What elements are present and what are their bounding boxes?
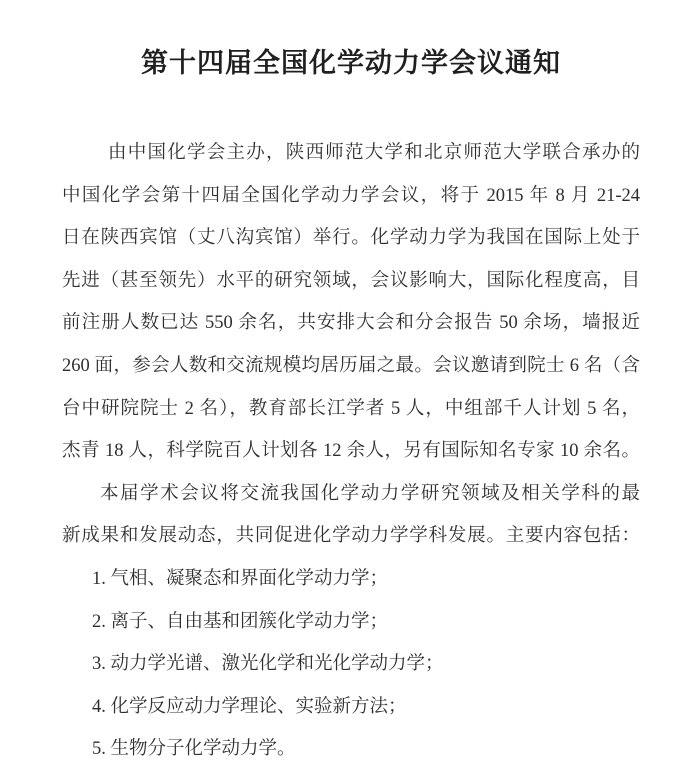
paragraph-line: 新成果和发展动态，共同促进化学动力学学科发展。主要内容包括： [62, 515, 640, 558]
list-item: 2. 离子、自由基和团簇化学动力学； [62, 601, 640, 644]
paragraph-line: 杰青 18 人，科学院百人计划各 12 余人，另有国际知名专家 10 余名。 [62, 430, 640, 473]
document-title: 第十四届全国化学动力学会议通知 [62, 42, 640, 84]
list-item: 4. 化学反应动力学理论、实验新方法； [62, 686, 640, 729]
paragraph-line: 台中研院院士 2 名），教育部长江学者 5 人，中组部千人计划 5 名， [62, 388, 640, 431]
paragraph-line: 前注册人数已达 550 余名，共安排大会和分会报告 50 余场，墙报近 [62, 302, 640, 345]
paragraph-line: 由中国化学会主办，陕西师范大学和北京师范大学联合承办的 [62, 132, 640, 175]
paragraph-line: 中国化学会第十四届全国化学动力学会议，将于 2015 年 8 月 21-24 [62, 175, 640, 218]
paragraph-body: 由中国化学会主办，陕西师范大学和北京师范大学联合承办的 中国化学会第十四届全国化… [62, 132, 640, 771]
list-item: 5. 生物分子化学动力学。 [62, 728, 640, 771]
document-page: 第十四届全国化学动力学会议通知 由中国化学会主办，陕西师范大学和北京师范大学联合… [0, 0, 700, 776]
paragraph-line: 先进（甚至领先）水平的研究领域，会议影响大，国际化程度高，目 [62, 260, 640, 303]
list-item: 1. 气相、凝聚态和界面化学动力学； [62, 558, 640, 601]
paragraph-line: 日在陕西宾馆（丈八沟宾馆）举行。化学动力学为我国在国际上处于 [62, 217, 640, 260]
paragraph-line: 本届学术会议将交流我国化学动力学研究领域及相关学科的最 [62, 473, 640, 516]
list-item: 3. 动力学光谱、激光化学和光化学动力学； [62, 643, 640, 686]
paragraph-line: 260 面，参会人数和交流规模均居历届之最。会议邀请到院士 6 名（含 [62, 345, 640, 388]
